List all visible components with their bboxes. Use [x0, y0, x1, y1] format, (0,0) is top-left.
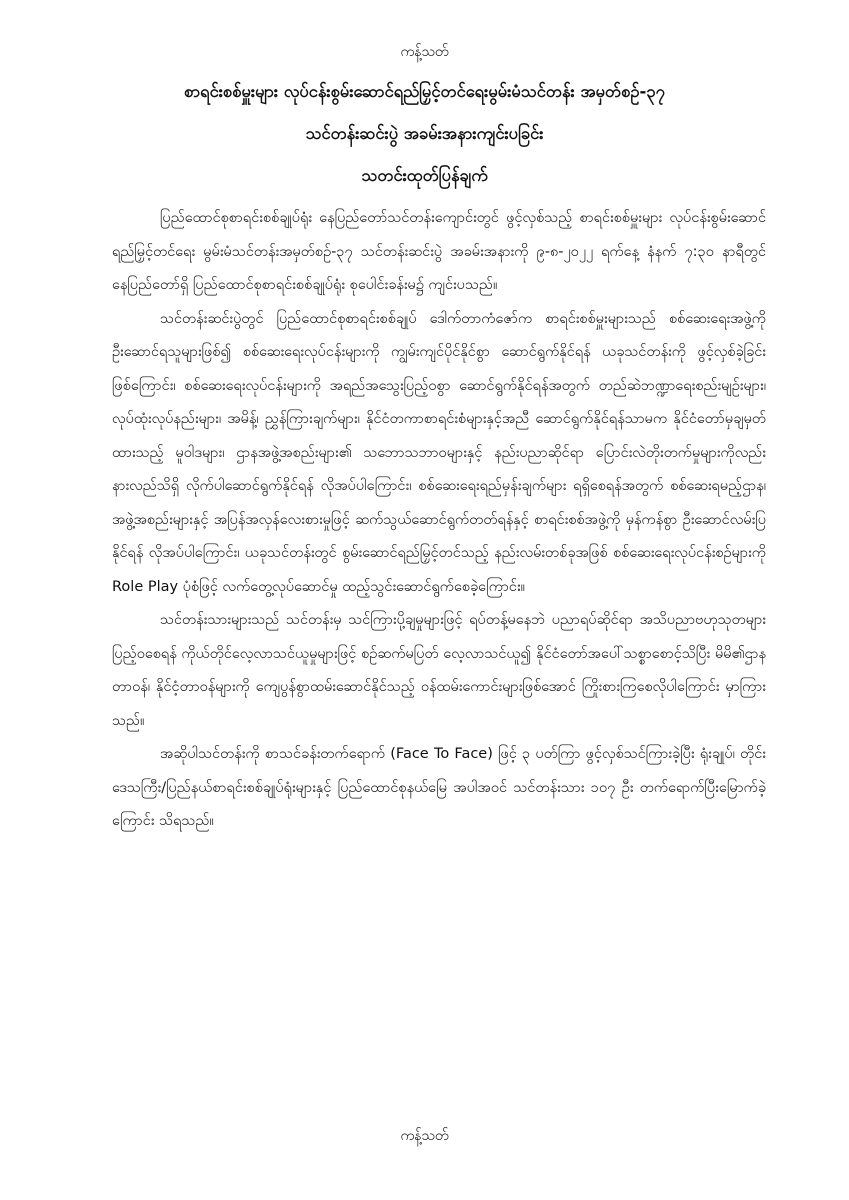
paragraph-attendance: အဆိုပါသင်တန်းကို စာသင်ခန်းတက်ရောက် (Face… — [112, 738, 766, 839]
classification-header: ကန့်သတ် — [0, 42, 849, 62]
title-block: စာရင်းစစ်မှူးများ လုပ်ငန်းစွမ်းဆောင်ရည်မ… — [60, 82, 789, 208]
document-page: ကန့်သတ် စာရင်းစစ်မှူးများ လုပ်ငန်းစွမ်းဆ… — [0, 0, 849, 1200]
body-text: ပြည်ထောင်စုစာရင်းစစ်ချုပ်ရုံး နေပြည်တော်… — [112, 202, 766, 839]
title-line-ceremony: သင်တန်းဆင်းပွဲ အခမ်းအနားကျင်းပခြင်း — [60, 124, 789, 144]
classification-footer: ကန့်သတ် — [0, 1126, 849, 1146]
title-line-press-release: သတင်းထုတ်ပြန်ချက် — [60, 166, 789, 186]
title-line-program: စာရင်းစစ်မှူးများ လုပ်ငန်းစွမ်းဆောင်ရည်မ… — [60, 82, 789, 102]
paragraph-speech: သင်တန်းဆင်းပွဲတွင် ပြည်ထောင်စုစာရင်းစစ်ခ… — [112, 303, 766, 605]
paragraph-advice: သင်တန်းသားများသည် သင်တန်းမှ သင်ကြားပို့ခ… — [112, 604, 766, 738]
paragraph-opening: ပြည်ထောင်စုစာရင်းစစ်ချုပ်ရုံး နေပြည်တော်… — [112, 202, 766, 303]
